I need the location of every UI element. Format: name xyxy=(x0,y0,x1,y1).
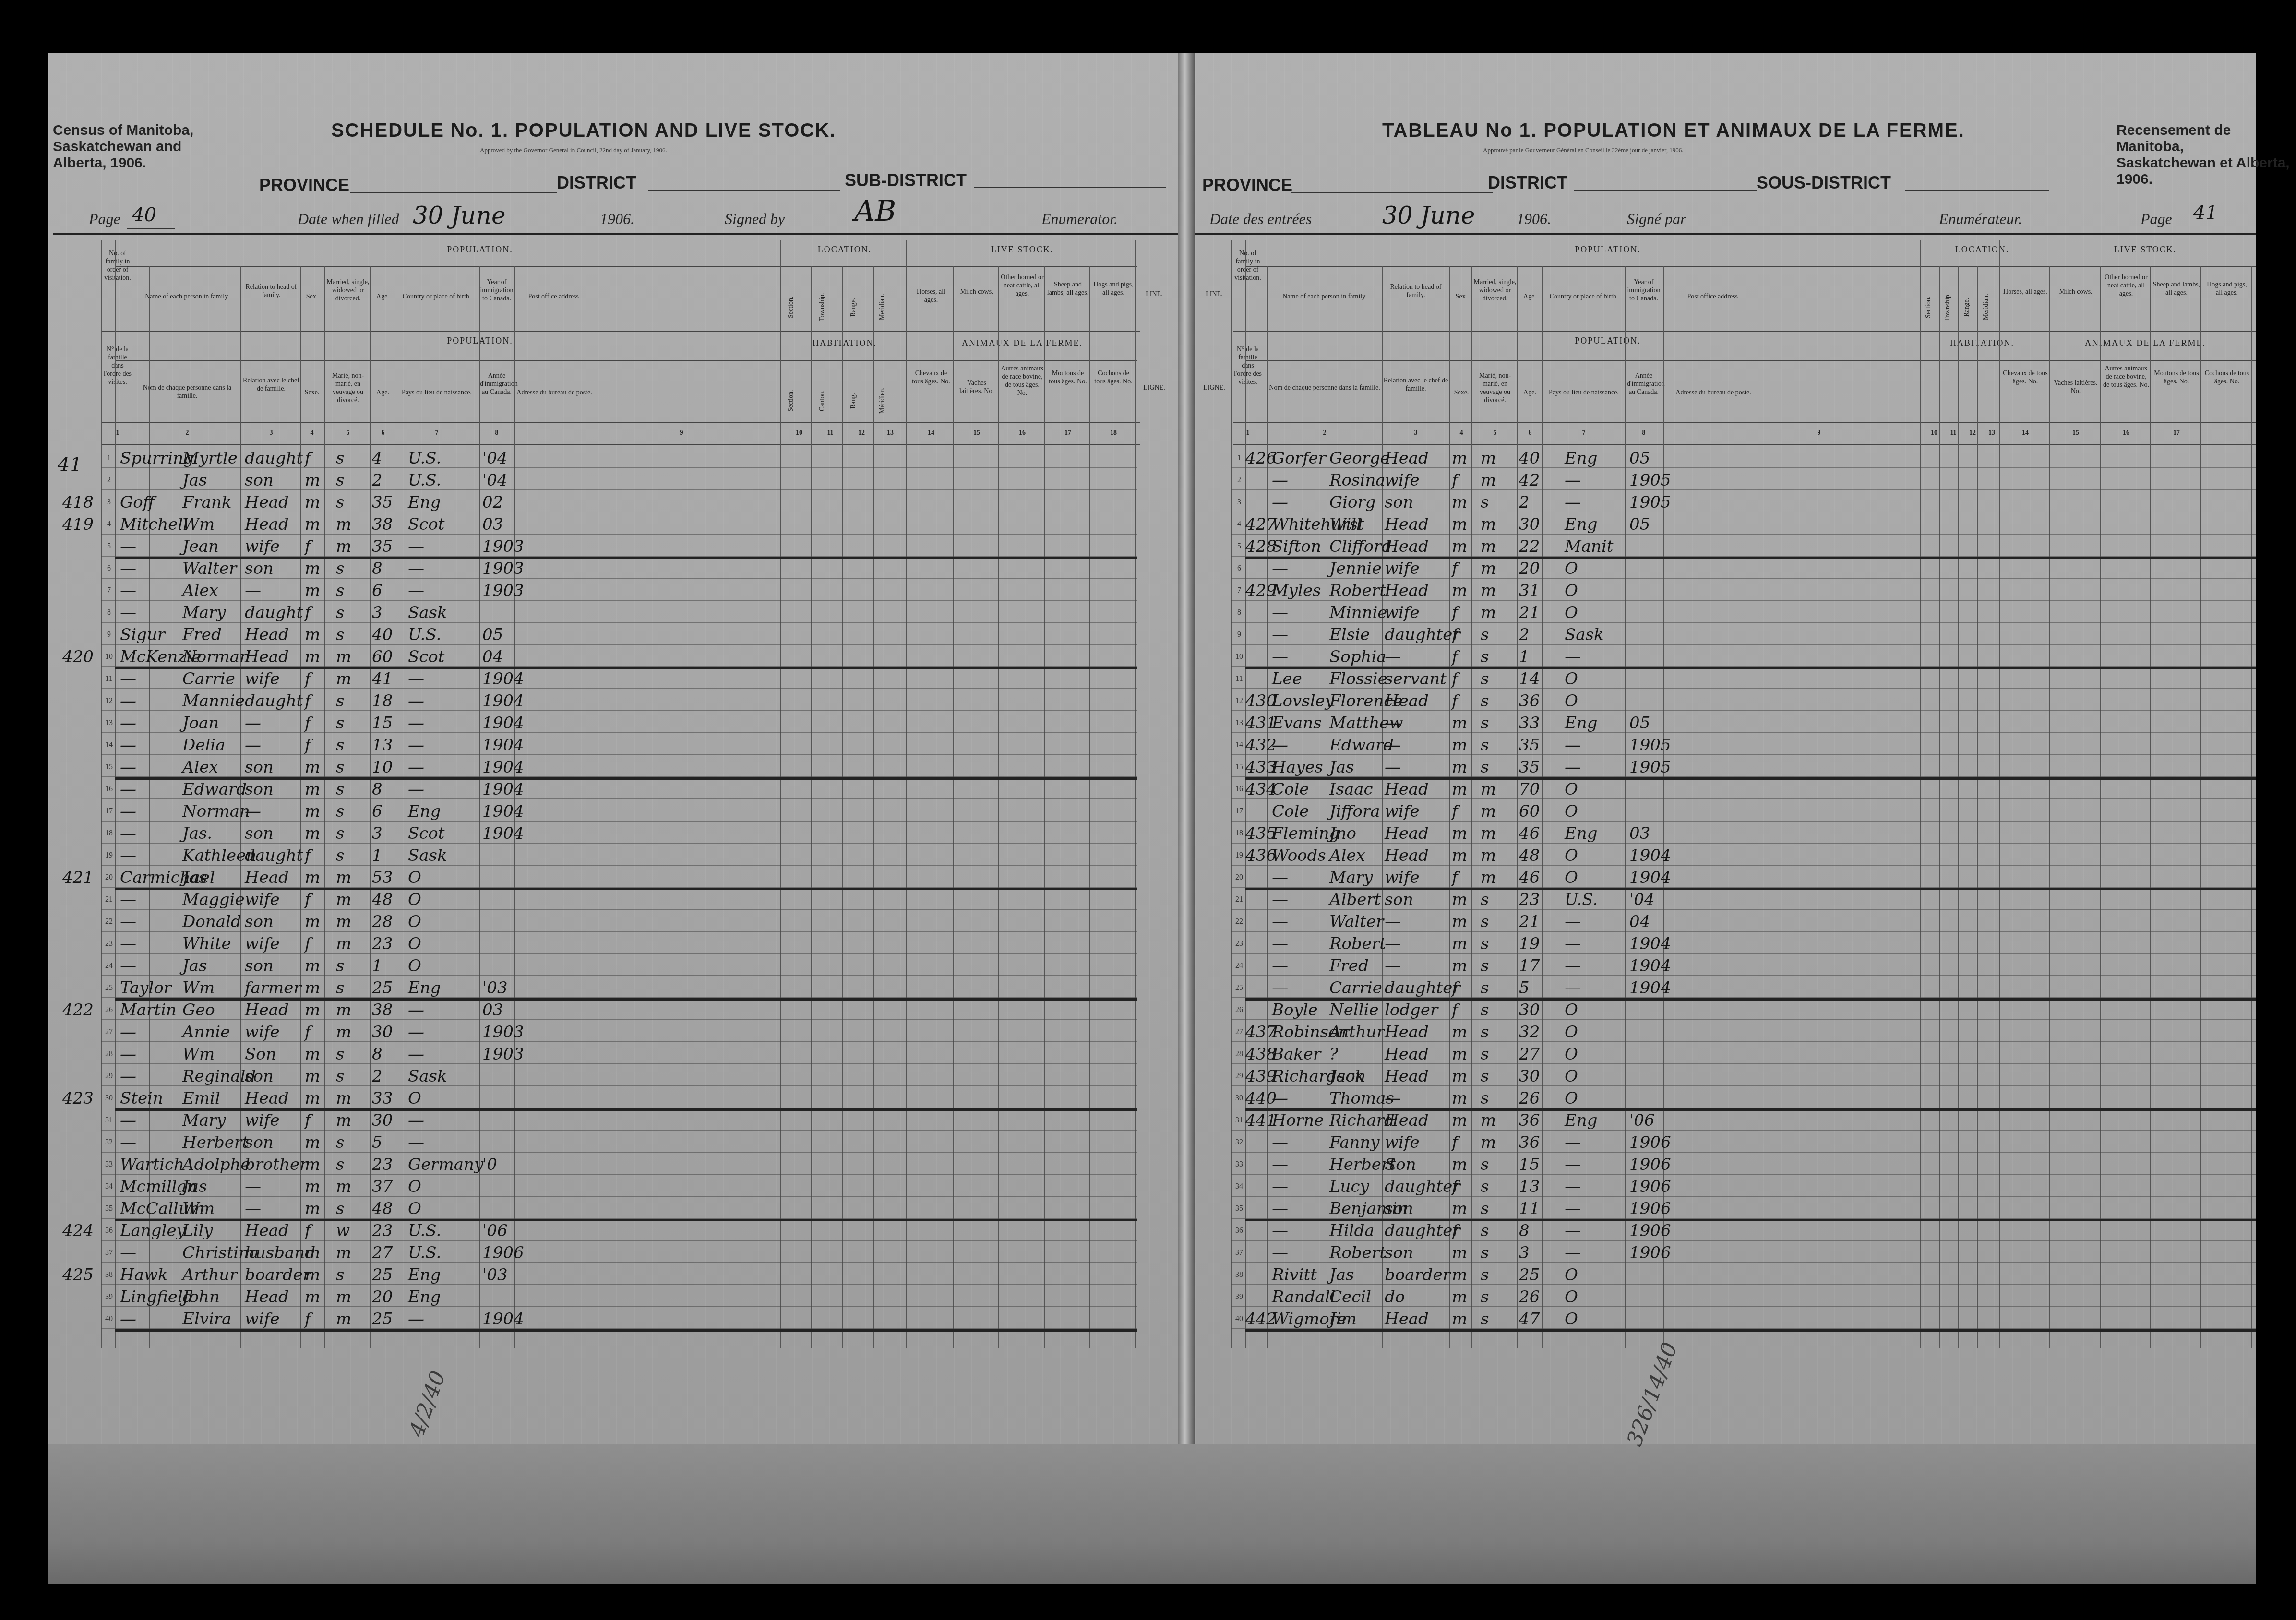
col-section-fr: Section. xyxy=(787,372,795,429)
surname-cell: — xyxy=(1272,1087,1288,1109)
given-name-cell: Mary xyxy=(182,1109,226,1132)
population-group-label-right: POPULATION. xyxy=(1512,245,1704,255)
date-year-fr: 1906. xyxy=(1517,210,1551,228)
immigration-year-cell: 1903 xyxy=(482,580,524,602)
age-cell: 46 xyxy=(1519,822,1540,845)
surname-cell: — xyxy=(120,756,136,778)
col-number: 9 xyxy=(672,429,691,437)
animaux-group-label: ANIMAUX DE LA FERME. xyxy=(912,338,1133,348)
marital-status-cell: s xyxy=(336,624,344,646)
surname-cell: Langley xyxy=(120,1220,186,1242)
birthplace-cell: Eng xyxy=(408,977,441,999)
birthplace-cell: O xyxy=(1565,668,1578,690)
birthplace-cell: — xyxy=(408,756,424,778)
col-post-office-right: Post office address. xyxy=(1665,293,1761,301)
col-other-cattle: Other horned or neat cattle, all ages. xyxy=(1001,274,1044,298)
given-name-cell: Rosina xyxy=(1329,469,1386,491)
line-number: 7 xyxy=(1232,586,1246,595)
immigration-year-cell: 1904 xyxy=(482,734,524,756)
immigration-year-cell: 1906 xyxy=(1629,1198,1671,1220)
sex-cell: f xyxy=(1452,800,1458,822)
birthplace-cell: Sask xyxy=(408,845,447,867)
birthplace-cell: — xyxy=(408,734,424,756)
birthplace-cell: Germany xyxy=(408,1154,483,1176)
age-cell: 30 xyxy=(372,1021,393,1043)
surname-cell: — xyxy=(120,955,136,977)
col-sex-right: Sex. xyxy=(1452,293,1471,301)
birthplace-cell: — xyxy=(408,1043,424,1065)
line-number: 6 xyxy=(1232,564,1246,573)
signature-field-fr[interactable] xyxy=(1699,226,1939,226)
relation-cell: Son xyxy=(1385,1154,1416,1176)
sex-cell: m xyxy=(1452,1109,1467,1132)
birthplace-cell: Scot xyxy=(408,822,444,845)
age-cell: 35 xyxy=(1519,734,1540,756)
relation-cell: son xyxy=(245,558,274,580)
line-number: 31 xyxy=(102,1116,116,1125)
population-group-label-fr-right: POPULATION. xyxy=(1512,336,1704,346)
line-number: 34 xyxy=(1232,1182,1246,1191)
col-family-no-fr-right: N° de la famille dans l'ordre des visite… xyxy=(1233,345,1262,386)
age-cell: 20 xyxy=(372,1286,393,1308)
relation-cell: servant xyxy=(1385,668,1447,690)
age-cell: 47 xyxy=(1519,1308,1540,1330)
date-field-fr[interactable] xyxy=(1325,226,1507,226)
book-spine xyxy=(1178,53,1195,1444)
given-name-cell: Walter xyxy=(1329,911,1384,933)
age-cell: 35 xyxy=(372,491,393,513)
line-number: 15 xyxy=(1232,763,1246,772)
ligne-label-right: LIGNE. xyxy=(1200,384,1229,392)
given-name-cell: Geo xyxy=(182,999,215,1021)
sex-cell: f xyxy=(305,889,311,911)
birthplace-cell: O xyxy=(408,1176,421,1198)
surname-cell: — xyxy=(1272,1242,1288,1264)
marital-status-cell: s xyxy=(1481,1065,1489,1087)
given-name-cell: ? xyxy=(1329,1043,1338,1065)
given-name-cell: Isaac xyxy=(1329,778,1373,800)
marital-status-cell: s xyxy=(1481,1286,1489,1308)
relation-cell: wife xyxy=(245,1021,280,1043)
col-number: 13 xyxy=(881,429,900,437)
line-number: 24 xyxy=(1232,962,1246,970)
age-cell: 2 xyxy=(1519,624,1530,646)
line-number: 4 xyxy=(102,520,116,529)
age-cell: 8 xyxy=(372,1043,383,1065)
relation-cell: son xyxy=(245,756,274,778)
district-field[interactable] xyxy=(648,190,840,191)
sex-cell: m xyxy=(305,911,320,933)
immigration-year-cell: 1904 xyxy=(1629,955,1671,977)
marital-status-cell: s xyxy=(1481,1220,1489,1242)
age-cell: 25 xyxy=(372,977,393,999)
sex-cell: f xyxy=(305,933,311,955)
birthplace-cell: Eng xyxy=(408,800,441,822)
relation-cell: wife xyxy=(1385,602,1420,624)
district-field-fr[interactable] xyxy=(1574,190,1757,191)
line-number: 1 xyxy=(1232,454,1246,463)
age-cell: 40 xyxy=(1519,447,1540,469)
birthplace-cell: U.S. xyxy=(408,469,441,491)
sex-cell: m xyxy=(305,822,320,845)
line-number: 9 xyxy=(1232,631,1246,639)
birthplace-cell: — xyxy=(408,668,424,690)
sex-cell: m xyxy=(305,867,320,889)
surname-cell: Gorfer xyxy=(1272,447,1326,469)
col-hogs-right: Hogs and pigs, all ages. xyxy=(2203,281,2251,297)
given-name-cell: Jas xyxy=(182,1176,207,1198)
age-cell: 1 xyxy=(1519,646,1530,668)
birthplace-cell: — xyxy=(408,778,424,800)
relation-cell: daughter xyxy=(1385,977,1460,999)
marital-status-cell: s xyxy=(336,1154,344,1176)
age-cell: 22 xyxy=(1519,536,1540,558)
given-name-cell: Jno xyxy=(1329,822,1356,845)
immigration-year-cell: 04 xyxy=(482,646,503,668)
line-number: 18 xyxy=(1232,829,1246,838)
immigration-year-cell: 03 xyxy=(482,513,503,536)
birthplace-cell: Sask xyxy=(1565,624,1604,646)
surname-cell: — xyxy=(120,734,136,756)
marital-status-cell: s xyxy=(1481,1021,1489,1043)
sex-cell: m xyxy=(1452,1065,1467,1087)
district-label: DISTRICT xyxy=(557,173,636,193)
sex-cell: f xyxy=(305,1021,311,1043)
col-township-right: Township. xyxy=(1944,278,1952,336)
marital-status-cell: s xyxy=(1481,1154,1489,1176)
col-number: 12 xyxy=(1963,429,1982,437)
birthplace-cell: O xyxy=(1565,1264,1578,1286)
line-number: 36 xyxy=(1232,1227,1246,1235)
province-field[interactable] xyxy=(350,192,557,193)
marital-status-cell: s xyxy=(1481,668,1489,690)
relation-cell: son xyxy=(245,778,274,800)
line-number: 17 xyxy=(1232,807,1246,816)
header-divider xyxy=(101,444,1140,445)
age-cell: 32 xyxy=(1519,1021,1540,1043)
given-name-cell: Sophia xyxy=(1329,646,1387,668)
given-name-cell: Minnie xyxy=(1329,602,1387,624)
province-label-fr: PROVINCE xyxy=(1202,175,1292,195)
col-age-right: Age. xyxy=(1519,293,1541,301)
province-field-fr[interactable] xyxy=(1291,192,1493,193)
given-name-cell: Joan xyxy=(182,712,219,734)
age-cell: 48 xyxy=(372,1198,393,1220)
line-number: 32 xyxy=(1232,1138,1246,1147)
family-number-cell: 421 xyxy=(62,867,94,889)
header-rule xyxy=(53,233,1178,235)
page-field[interactable] xyxy=(127,228,175,229)
marital-status-cell: s xyxy=(336,690,344,712)
immigration-year-cell: 1904 xyxy=(482,690,524,712)
age-cell: 23 xyxy=(372,933,393,955)
birthplace-cell: — xyxy=(408,1132,424,1154)
line-number: 26 xyxy=(102,1006,116,1014)
given-name-cell: Jiffora xyxy=(1329,800,1380,822)
marital-status-cell: m xyxy=(1481,558,1496,580)
marital-status-cell: s xyxy=(1481,933,1489,955)
given-name-cell: Mannie xyxy=(182,690,245,712)
sex-cell: m xyxy=(1452,447,1467,469)
relation-cell: Head xyxy=(245,513,289,536)
marital-status-cell: s xyxy=(336,1065,344,1087)
birthplace-cell: Eng xyxy=(1565,822,1597,845)
given-name-cell: Elsie xyxy=(1329,624,1370,646)
immigration-year-cell: 1904 xyxy=(482,822,524,845)
surname-cell: — xyxy=(120,602,136,624)
birthplace-cell: Eng xyxy=(1565,1109,1597,1132)
age-cell: 1 xyxy=(372,955,383,977)
surname-cell: Randall xyxy=(1272,1286,1335,1308)
line-number: 37 xyxy=(102,1249,116,1257)
relation-cell: Head xyxy=(1385,690,1429,712)
birthplace-cell: — xyxy=(1565,1220,1581,1242)
line-number: 28 xyxy=(102,1050,116,1059)
signature-field[interactable] xyxy=(797,226,1037,226)
sex-cell: m xyxy=(305,491,320,513)
immigration-year-cell: 03 xyxy=(482,999,503,1021)
given-name-cell: Mary xyxy=(1329,867,1373,889)
birthplace-cell: — xyxy=(1565,646,1581,668)
immigration-year-cell: 1904 xyxy=(482,778,524,800)
relation-cell: wife xyxy=(245,536,280,558)
line-number: 3 xyxy=(102,498,116,507)
marital-status-cell: m xyxy=(1481,1109,1496,1132)
livestock-group-label-right: LIVE STOCK. xyxy=(2054,245,2236,255)
age-cell: 60 xyxy=(372,646,393,668)
immigration-year-cell: 1904 xyxy=(1629,933,1671,955)
line-number: 10 xyxy=(102,653,116,661)
sex-cell: f xyxy=(305,668,311,690)
age-cell: 25 xyxy=(372,1264,393,1286)
col-number: 15 xyxy=(2066,429,2085,437)
marital-status-cell: s xyxy=(1481,955,1489,977)
sex-cell: f xyxy=(305,602,311,624)
subdistrict-field[interactable] xyxy=(974,187,1166,188)
surname-cell: — xyxy=(120,712,136,734)
birthplace-cell: — xyxy=(408,558,424,580)
col-autres-fr: Autres animaux de race bovine, de tous â… xyxy=(1001,365,1044,397)
col-cochons-fr: Cochons de tous âges. No. xyxy=(1092,369,1135,386)
marital-status-cell: s xyxy=(336,1132,344,1154)
immigration-year-cell: 1904 xyxy=(482,712,524,734)
age-cell: 28 xyxy=(372,911,393,933)
col-moutons-fr: Moutons de tous âges. No. xyxy=(1046,369,1089,386)
given-name-cell: Jim xyxy=(1329,1308,1357,1330)
marital-status-cell: s xyxy=(1481,1087,1489,1109)
immigration-year-cell: 1904 xyxy=(482,756,524,778)
line-number: 21 xyxy=(1232,895,1246,904)
line-number: 10 xyxy=(1232,653,1246,661)
family-number-cell: 425 xyxy=(62,1264,94,1286)
page-number: 40 xyxy=(132,204,156,226)
age-cell: 25 xyxy=(372,1308,393,1330)
birthplace-cell: U.S. xyxy=(408,1242,441,1264)
col-rang-fr: Rang. xyxy=(849,372,858,429)
col-number: 5 xyxy=(1485,429,1505,437)
birthplace-cell: O xyxy=(408,955,421,977)
marital-status-cell: s xyxy=(336,1198,344,1220)
col-name-fr-right: Nom de chaque personne dans la famille. xyxy=(1267,384,1382,392)
col-number: 2 xyxy=(178,429,197,437)
birthplace-cell: O xyxy=(1565,1087,1578,1109)
col-hogs: Hogs and pigs, all ages. xyxy=(1092,281,1135,297)
age-cell: 6 xyxy=(372,580,383,602)
scan-background-floor xyxy=(48,1444,2256,1584)
given-name-cell: Arthur xyxy=(182,1264,238,1286)
marital-status-cell: s xyxy=(1481,491,1489,513)
surname-cell: — xyxy=(1272,955,1288,977)
age-cell: 5 xyxy=(372,1132,383,1154)
birthplace-cell: O xyxy=(1565,778,1578,800)
col-number: 7 xyxy=(427,429,446,437)
sex-cell: m xyxy=(305,1264,320,1286)
line-number: 33 xyxy=(1232,1160,1246,1169)
col-milch-cows: Milch cows. xyxy=(955,288,998,296)
sex-cell: m xyxy=(1452,845,1467,867)
sex-cell: f xyxy=(1452,977,1458,999)
surname-cell: — xyxy=(1272,911,1288,933)
family-number-cell: 418 xyxy=(62,491,94,513)
marital-status-cell: s xyxy=(336,712,344,734)
surname-cell: Stein xyxy=(120,1087,163,1109)
line-number: 22 xyxy=(1232,917,1246,926)
given-name-cell: Norman xyxy=(182,646,250,668)
age-cell: 33 xyxy=(372,1087,393,1109)
sex-cell: m xyxy=(305,1242,320,1264)
sex-cell: f xyxy=(1452,690,1458,712)
col-number: 6 xyxy=(373,429,393,437)
relation-cell: wife xyxy=(1385,800,1420,822)
relation-cell: son xyxy=(245,469,274,491)
relation-cell: Head xyxy=(245,1220,289,1242)
immigration-year-cell: 1906 xyxy=(1629,1132,1671,1154)
surname-cell: — xyxy=(1272,1220,1288,1242)
age-cell: 25 xyxy=(1519,1264,1540,1286)
sex-cell: m xyxy=(305,469,320,491)
relation-cell: — xyxy=(245,1176,261,1198)
relation-cell: — xyxy=(245,712,261,734)
col-number: 14 xyxy=(2016,429,2035,437)
col-sex-fr-right: Sexe. xyxy=(1452,389,1471,397)
immigration-year-cell: 1906 xyxy=(1629,1154,1671,1176)
col-number: 18 xyxy=(1104,429,1123,437)
relation-cell: boarder xyxy=(245,1264,311,1286)
sex-cell: m xyxy=(1452,1242,1467,1264)
col-meridien-fr: Méridien. xyxy=(878,372,886,429)
birthplace-cell: O xyxy=(1565,1065,1578,1087)
birthplace-cell: O xyxy=(1565,580,1578,602)
given-name-cell: Clifford xyxy=(1329,536,1392,558)
immigration-year-cell: '04 xyxy=(1629,889,1655,911)
marital-status-cell: s xyxy=(1481,690,1489,712)
relation-cell: Head xyxy=(1385,1043,1429,1065)
marital-status-cell: m xyxy=(336,646,351,668)
given-name-cell: Jas xyxy=(1329,1264,1354,1286)
surname-cell: Goff xyxy=(120,491,155,513)
immigration-year-cell: 1905 xyxy=(1629,469,1671,491)
marital-status-cell: s xyxy=(1481,1308,1489,1330)
col-number: 8 xyxy=(487,429,506,437)
col-number: 16 xyxy=(1013,429,1032,437)
col-relation-fr: Relation avec le chef de famille. xyxy=(242,377,300,393)
immigration-year-cell: '06 xyxy=(482,1220,508,1242)
header-divider xyxy=(1233,422,2256,423)
surname-cell: Boyle xyxy=(1272,999,1318,1021)
age-cell: 2 xyxy=(372,469,383,491)
birthplace-cell: — xyxy=(1565,1242,1581,1264)
sous-district-field[interactable] xyxy=(1905,190,2049,191)
line-number: 9 xyxy=(102,631,116,639)
birthplace-cell: Scot xyxy=(408,646,444,668)
date-field[interactable] xyxy=(403,226,595,226)
given-name-cell: Donald xyxy=(182,911,241,933)
line-number: 29 xyxy=(102,1072,116,1081)
signed-by-label-fr: Signé par xyxy=(1627,210,1686,228)
relation-cell: son xyxy=(1385,1198,1413,1220)
family-number-cell: 422 xyxy=(62,999,94,1021)
age-cell: 31 xyxy=(1519,580,1540,602)
surname-cell: — xyxy=(120,690,136,712)
immigration-year-cell: 1904 xyxy=(482,668,524,690)
sex-cell: m xyxy=(305,1154,320,1176)
given-name-cell: Nellie xyxy=(1329,999,1379,1021)
header-divider xyxy=(101,331,1140,332)
age-cell: 8 xyxy=(1519,1220,1530,1242)
sex-cell: m xyxy=(1452,778,1467,800)
relation-cell: — xyxy=(1385,756,1401,778)
birthplace-cell: — xyxy=(1565,911,1581,933)
sex-cell: f xyxy=(1452,1176,1458,1198)
birthplace-cell: O xyxy=(408,867,421,889)
immigration-year-cell: 04 xyxy=(1629,911,1650,933)
marital-status-cell: m xyxy=(1481,822,1496,845)
birthplace-cell: Eng xyxy=(408,491,441,513)
birthplace-cell: — xyxy=(1565,1154,1581,1176)
marital-status-cell: m xyxy=(1481,469,1496,491)
given-name-cell: Jas xyxy=(182,867,207,889)
marital-status-cell: s xyxy=(336,845,344,867)
birthplace-cell: — xyxy=(408,1021,424,1043)
col-number: 11 xyxy=(821,429,840,437)
family-number-cell: 419 xyxy=(62,513,94,536)
sex-cell: m xyxy=(1452,1021,1467,1043)
relation-cell: lodger xyxy=(1385,999,1438,1021)
birthplace-cell: O xyxy=(1565,690,1578,712)
col-birthplace-fr: Pays ou lieu de naissance. xyxy=(396,389,478,397)
marital-status-cell: s xyxy=(336,447,344,469)
col-number: 1 xyxy=(1238,429,1257,437)
col-immigration-fr: Année d'immigration au Canada. xyxy=(480,372,514,396)
col-name: Name of each person in family. xyxy=(134,293,240,301)
animaux-group-label-right: ANIMAUX DE LA FERME. xyxy=(2054,338,2236,348)
line-number: 14 xyxy=(1232,741,1246,750)
marital-status-cell: s xyxy=(1481,889,1489,911)
age-cell: 17 xyxy=(1519,955,1540,977)
given-name-cell: Mary xyxy=(182,602,226,624)
sex-cell: m xyxy=(1452,955,1467,977)
marital-status-cell: s xyxy=(336,822,344,845)
relation-cell: wife xyxy=(245,889,280,911)
birthplace-cell: O xyxy=(408,911,421,933)
age-cell: 21 xyxy=(1519,602,1540,624)
sex-cell: f xyxy=(1452,668,1458,690)
immigration-year-cell: 1903 xyxy=(482,1021,524,1043)
marital-status-cell: s xyxy=(336,469,344,491)
birthplace-cell: O xyxy=(1565,800,1578,822)
relation-cell: son xyxy=(1385,889,1413,911)
given-name-cell: Giorg xyxy=(1329,491,1376,513)
